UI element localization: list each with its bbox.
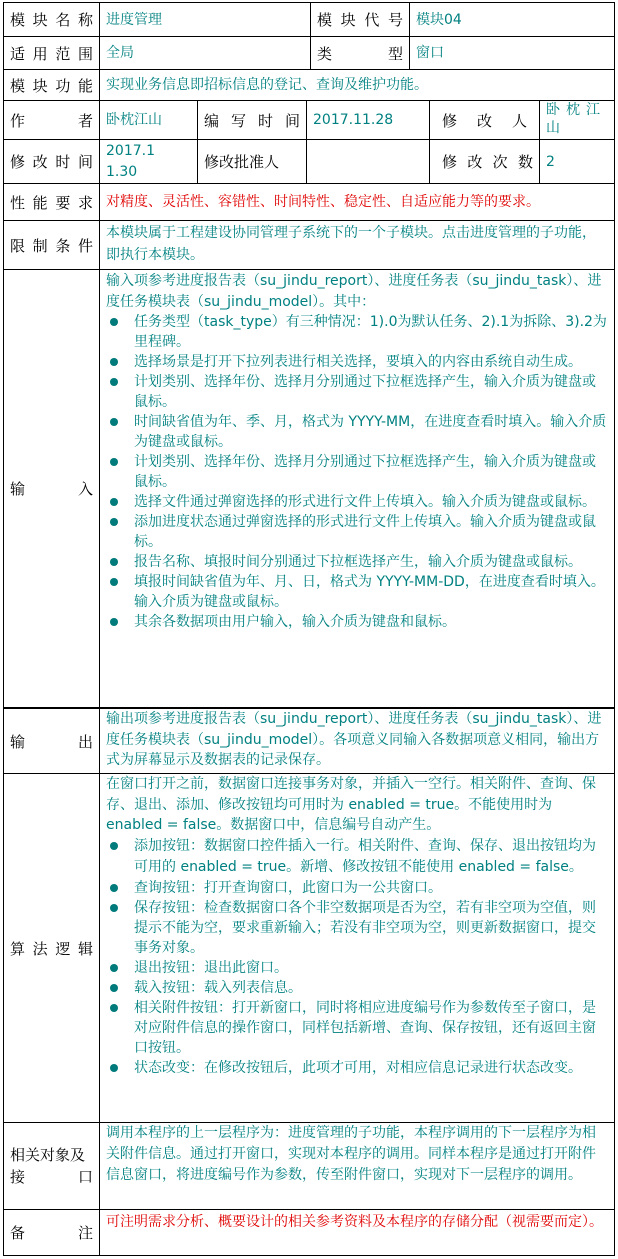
list-item: 时间缺省值为年、季、月，格式为 YYYY-MM，在进度查看时填入。输入介质为键盘… bbox=[106, 412, 608, 452]
list-item: 选择文件通过弹窗选择的形式进行文件上传填入。输入介质为键盘或鼠标。 bbox=[106, 492, 608, 512]
label-output: 输出 bbox=[3, 708, 100, 774]
value-module-name: 进度管理 bbox=[99, 2, 311, 37]
label-text: 模块代号 bbox=[317, 9, 403, 30]
label-module-code: 模块代号 bbox=[310, 2, 410, 37]
label-char: 能 bbox=[33, 192, 48, 213]
value-text: 卧枕江山 bbox=[546, 102, 606, 136]
value-write-time: 2017.11.28 bbox=[306, 100, 430, 140]
label-text: 性能要求 bbox=[10, 192, 93, 213]
label-char: 代 bbox=[364, 9, 379, 30]
label-text: 输出 bbox=[10, 731, 93, 752]
list-item: 任务类型（task_type）有三种情况：1).0为默认任务、2).1为拆除、3… bbox=[106, 312, 608, 352]
label-algorithm: 算法逻辑 bbox=[3, 773, 100, 1123]
value-text: 2017.11.30 bbox=[106, 143, 155, 180]
label-char: 求 bbox=[78, 192, 93, 213]
list-item: 其余各数据项由用户输入，输入介质为键盘和鼠标。 bbox=[106, 612, 608, 632]
label-char: 块 bbox=[33, 9, 48, 30]
label-input: 输入 bbox=[3, 269, 100, 708]
value-function: 实现业务信息即招标信息的登记、查询及维护功能。 bbox=[99, 69, 615, 101]
label-char: 入 bbox=[78, 478, 93, 499]
label-function: 模块功能 bbox=[3, 69, 100, 101]
label-char: 修 bbox=[442, 151, 457, 172]
label-text: 口 bbox=[78, 1166, 93, 1188]
label-text: 修改批准人 bbox=[204, 151, 279, 172]
label-char: 块 bbox=[33, 75, 48, 96]
label-approver: 修改批准人 bbox=[197, 139, 307, 184]
label-text: 类型 bbox=[317, 43, 403, 64]
label-char: 条 bbox=[55, 235, 70, 256]
label-char: 修 bbox=[10, 151, 25, 172]
list-item: 计划类别、选择年份、选择月分别通过下拉框选择产生，输入介质为键盘或鼠标。 bbox=[106, 452, 608, 492]
label-text: 编写时间 bbox=[204, 110, 300, 131]
label-modify-count: 修改次数 bbox=[429, 139, 540, 184]
label-char: 型 bbox=[388, 43, 403, 64]
label-text: 适用范围 bbox=[10, 43, 93, 64]
label-text: 算法逻辑 bbox=[10, 938, 93, 959]
label-text: 修改人 bbox=[442, 110, 527, 131]
label-text: 限制条件 bbox=[10, 235, 93, 256]
list-item: 添加进度状态通过弹窗选择的形式进行文件上传填入。输入介质为键盘或鼠标。 bbox=[106, 512, 608, 552]
label-char: 间 bbox=[78, 151, 93, 172]
label-char: 逻 bbox=[55, 938, 70, 959]
label-char: 时 bbox=[55, 151, 70, 172]
value-output: 输出项参考进度报告表（su_jindu_report）、进度任务表（su_jin… bbox=[99, 708, 615, 774]
value-type: 窗口 bbox=[409, 36, 615, 70]
algorithm-intro: 在窗口打开之前，数据窗口连接事务对象，并插入一空行。相关附件、查询、保存、退出、… bbox=[106, 774, 608, 836]
label-text: 修改次数 bbox=[442, 151, 533, 172]
label-interface: 相关对象及 接 口 bbox=[3, 1122, 100, 1210]
value-constraints: 本模块属于工程建设协同管理子系统下的一个子模块。点击进度管理的子功能，即执行本模… bbox=[99, 220, 615, 270]
label-char: 模 bbox=[10, 9, 25, 30]
label-char: 块 bbox=[341, 9, 356, 30]
label-char: 称 bbox=[78, 9, 93, 30]
value-modify-time: 2017.11.30 bbox=[99, 139, 198, 184]
label-text: 模块名称 bbox=[10, 9, 93, 30]
label-char: 模 bbox=[317, 9, 332, 30]
list-item: 选择场景是打开下拉列表进行相关选择，要填入的内容由系统自动生成。 bbox=[106, 352, 608, 372]
label-char: 法 bbox=[33, 938, 48, 959]
label-char: 修 bbox=[442, 110, 457, 131]
label-performance: 性能要求 bbox=[3, 183, 100, 221]
label-char: 出 bbox=[78, 731, 93, 752]
value-text: 卧枕江山 bbox=[106, 110, 162, 130]
label-constraints: 限制条件 bbox=[3, 220, 100, 270]
label-char: 输 bbox=[10, 478, 25, 499]
value-modify-count: 2 bbox=[539, 139, 615, 184]
list-item: 添加按钮：数据窗口控件插入一行。相关附件、查询、保存、退出按钮均为可用的 ena… bbox=[106, 836, 608, 878]
value-text: 进度管理 bbox=[106, 10, 162, 30]
value-text: 可注明需求分析、概要设计的相关参考资料及本程序的存储分配（视需要而定）。 bbox=[106, 1214, 603, 1230]
label-text: 输入 bbox=[10, 478, 93, 499]
label-char: 围 bbox=[78, 43, 93, 64]
label-char: 制 bbox=[33, 235, 48, 256]
list-item: 填报时间缺省值为年、月、日，格式为 YYYY-MM-DD，在进度查看时填入。输入… bbox=[106, 572, 608, 612]
label-write-time: 编写时间 bbox=[197, 100, 307, 140]
label-char: 模 bbox=[10, 75, 25, 96]
value-remarks: 可注明需求分析、概要设计的相关参考资料及本程序的存储分配（视需要而定）。 bbox=[99, 1209, 615, 1256]
label-char: 功 bbox=[55, 75, 70, 96]
label-char: 能 bbox=[78, 75, 93, 96]
list-item: 相关附件按钮：打开新窗口，同时将相应进度编号作为参数传至子窗口，是对应附件信息的… bbox=[106, 998, 608, 1058]
list-item: 退出按钮：退出此窗口。 bbox=[106, 958, 608, 978]
label-char: 改 bbox=[477, 110, 492, 131]
value-text: 本模块属于工程建设协同管理子系统下的一个子模块。点击进度管理的子功能，即执行本模… bbox=[106, 225, 596, 263]
list-item: 保存按钮：检查数据窗口各个非空数据项是否为空，若有非空项为空值，则提示不能为空，… bbox=[106, 898, 608, 958]
label-char: 间 bbox=[285, 110, 300, 131]
value-text: 调用本程序的上一层程序为：进度管理的子功能，本程序调用的下一层程序为相关附件信息… bbox=[106, 1125, 596, 1183]
value-scope: 全局 bbox=[99, 36, 311, 70]
label-modify-time: 修改时间 bbox=[3, 139, 100, 184]
label-char: 类 bbox=[317, 43, 332, 64]
label-char: 改 bbox=[467, 151, 482, 172]
label-char: 编 bbox=[204, 110, 219, 131]
value-modifier: 卧枕江山 bbox=[539, 100, 615, 140]
label-char: 作 bbox=[10, 110, 25, 131]
list-item: 载入按钮：载入列表信息。 bbox=[106, 978, 608, 998]
label-char: 时 bbox=[258, 110, 273, 131]
label-char: 备 bbox=[10, 1222, 25, 1243]
value-text: 实现业务信息即招标信息的登记、查询及维护功能。 bbox=[106, 75, 428, 95]
label-text: 模块功能 bbox=[10, 75, 93, 96]
label-char: 件 bbox=[78, 235, 93, 256]
label-text: 相关对象及 bbox=[10, 1144, 93, 1166]
label-char: 者 bbox=[78, 110, 93, 131]
label-char: 辑 bbox=[78, 938, 93, 959]
label-module-name: 模块名称 bbox=[3, 2, 100, 37]
input-intro: 输入项参考进度报告表（su_jindu_report）、进度任务表（su_jin… bbox=[106, 271, 608, 312]
module-spec-table: 模块名称 进度管理 模块代号 模块04 适用范围 全局 类型 窗口 模块功能 实… bbox=[0, 0, 618, 1259]
label-char: 注 bbox=[78, 1222, 93, 1243]
label-char: 适 bbox=[10, 43, 25, 64]
label-text: 作者 bbox=[10, 110, 93, 131]
list-item: 状态改变：在修改按钮后，此项才可用，对相应信息记录进行状态改变。 bbox=[106, 1058, 608, 1078]
label-text: 接 bbox=[10, 1166, 25, 1188]
label-text: 备注 bbox=[10, 1222, 93, 1243]
value-text: 2 bbox=[546, 152, 555, 172]
label-char: 算 bbox=[10, 938, 25, 959]
value-text: 2017.11.28 bbox=[313, 110, 393, 130]
value-module-code: 模块04 bbox=[409, 2, 615, 37]
value-approver bbox=[306, 139, 430, 184]
label-char: 限 bbox=[10, 235, 25, 256]
label-text: 修改时间 bbox=[10, 151, 93, 172]
list-item: 报告名称、填报时间分别通过下拉框选择产生，输入介质为键盘或鼠标。 bbox=[106, 552, 608, 572]
label-char: 名 bbox=[55, 9, 70, 30]
output-text: 输出项参考进度报告表（su_jindu_report）、进度任务表（su_jin… bbox=[106, 709, 608, 771]
input-item-list: 任务类型（task_type）有三种情况：1).0为默认任务、2).1为拆除、3… bbox=[106, 312, 608, 632]
value-input: 输入项参考进度报告表（su_jindu_report）、进度任务表（su_jin… bbox=[99, 269, 615, 708]
label-char: 次 bbox=[493, 151, 508, 172]
value-text: 窗口 bbox=[416, 43, 444, 63]
label-remarks: 备注 bbox=[3, 1209, 100, 1256]
label-type: 类型 bbox=[310, 36, 410, 70]
label-char: 人 bbox=[512, 110, 527, 131]
value-author: 卧枕江山 bbox=[99, 100, 198, 140]
algorithm-item-list: 添加按钮：数据窗口控件插入一行。相关附件、查询、保存、退出按钮均为可用的 ena… bbox=[106, 836, 608, 1078]
label-char: 范 bbox=[55, 43, 70, 64]
label-char: 写 bbox=[231, 110, 246, 131]
label-char: 号 bbox=[388, 9, 403, 30]
label-author: 作者 bbox=[3, 100, 100, 140]
label-char: 改 bbox=[33, 151, 48, 172]
value-text: 全局 bbox=[106, 43, 134, 63]
list-item: 计划类别、选择年份、选择月分别通过下拉框选择产生，输入介质为键盘或鼠标。 bbox=[106, 372, 608, 412]
label-modifier: 修改人 bbox=[429, 100, 540, 140]
value-text: 对精度、灵活性、容错性、时间特性、稳定性、自适应能力等的要求。 bbox=[106, 192, 540, 212]
label-char: 用 bbox=[33, 43, 48, 64]
label-char: 数 bbox=[518, 151, 533, 172]
label-char: 要 bbox=[55, 192, 70, 213]
label-char: 输 bbox=[10, 731, 25, 752]
value-text: 模块04 bbox=[416, 10, 462, 30]
label-scope: 适用范围 bbox=[3, 36, 100, 70]
label-line2: 接 口 bbox=[10, 1166, 93, 1188]
value-algorithm: 在窗口打开之前，数据窗口连接事务对象，并插入一空行。相关附件、查询、保存、退出、… bbox=[99, 773, 615, 1123]
value-performance: 对精度、灵活性、容错性、时间特性、稳定性、自适应能力等的要求。 bbox=[99, 183, 615, 221]
value-interface: 调用本程序的上一层程序为：进度管理的子功能，本程序调用的下一层程序为相关附件信息… bbox=[99, 1122, 615, 1210]
list-item: 查询按钮：打开查询窗口，此窗口为一公共窗口。 bbox=[106, 878, 608, 898]
label-char: 性 bbox=[10, 192, 25, 213]
